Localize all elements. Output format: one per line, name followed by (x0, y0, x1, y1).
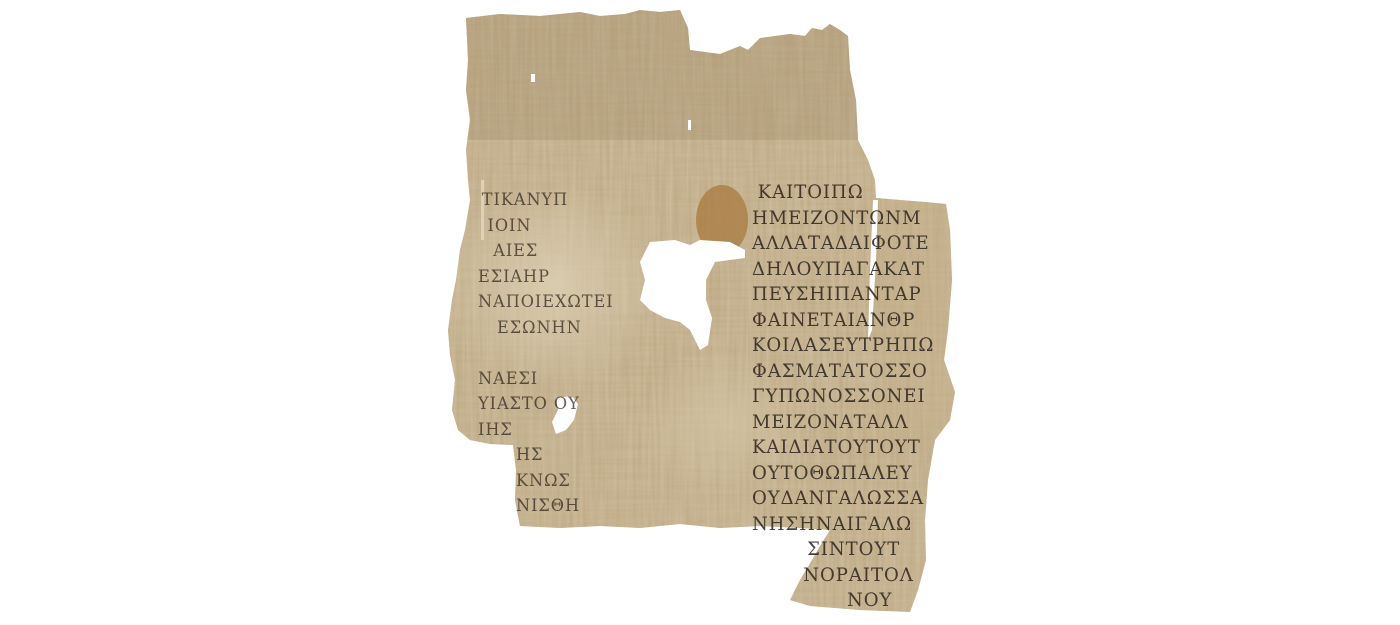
text-line: ΟΥΔΑΝΓΑΛΩΣΣΑ (752, 486, 934, 512)
text-line: ΠΕΥΣΗΙΠΑΝΤΑΡ (752, 282, 934, 308)
text-line: ΜΕΙΖΟΝΑΤΑΛΛ (752, 410, 934, 436)
text-line: ΝΙΣΘΗ (478, 494, 614, 520)
text-line: ΙΗΣ (478, 418, 614, 444)
text-line: ΣΙΝΤΟΥΤ (752, 537, 934, 563)
papyrus-fragment (0, 0, 1400, 625)
text-line: ΝΑΕΣΙ (478, 367, 614, 393)
text-line: ΗΣ (478, 443, 614, 469)
text-line: ΦΑΣΜΑΤΑΤΟΣΣΟ (752, 359, 934, 385)
text-line: ΝΑΠΟΙΕΧΩΤΕΙ (478, 290, 614, 316)
text-line: ΝΟΡΑΙΤΟΛ (752, 563, 934, 589)
text-line: ΟΥΤΟΘΩΠΑΛΕΥ (752, 461, 934, 487)
text-line: ΔΗΛΟΥΠΑΓΑΚΑΤ (752, 257, 934, 283)
text-line: ΕΣΩΝΗΝ (478, 316, 614, 342)
text-line: ΦΑΙΝΕΤΑΙΑΝΘΡ (752, 308, 934, 334)
text-line: ΚΑΙΔΙΑΤΟΥΤΟΥΤ (752, 435, 934, 461)
text-line: ΕΣΙΑΗΡ (478, 265, 614, 291)
text-line: ΚΑΙΤΟΙΠΩ (752, 180, 934, 206)
text-line: ΑΙΕΣ (478, 239, 614, 265)
text-line: ΝΗΣΗΝΑΙΓΑΛΩ (752, 512, 934, 538)
text-line: ΗΜΕΙΖΟΝΤΩΝΜ (752, 206, 934, 232)
text-line: ΤΙΚΑΝΥΠ (478, 188, 614, 214)
text-line: ΚΝΩΣ (478, 469, 614, 495)
right-column-text: ΚΑΙΤΟΙΠΩ ΗΜΕΙΖΟΝΤΩΝΜ ΑΛΛΑΤΑΔΑΙΦΟΤΕ ΔΗΛΟΥ… (752, 180, 944, 614)
papyrus-photo: ΤΙΚΑΝΥΠ ΙΟΙΝ ΑΙΕΣ ΕΣΙΑΗΡ ΝΑΠΟΙΕΧΩΤΕΙ ΕΣΩ… (0, 0, 1400, 625)
text-line: ΓΥΠΩΝΟΣΣΟΝΕΙ (752, 384, 934, 410)
text-line: ΙΟΙΝ (478, 214, 614, 240)
left-column-text: ΤΙΚΑΝΥΠ ΙΟΙΝ ΑΙΕΣ ΕΣΙΑΗΡ ΝΑΠΟΙΕΧΩΤΕΙ ΕΣΩ… (478, 188, 621, 520)
text-line (478, 341, 614, 367)
text-line: ΑΛΛΑΤΑΔΑΙΦΟΤΕ (752, 231, 934, 257)
text-line: ΝΟΥ (752, 588, 934, 614)
text-line: ΚΟΙΛΑΣΕΥΤΡΗΠΩ (752, 333, 934, 359)
text-line: ΥΙΑΣΤΟ ΟΥ (478, 392, 614, 418)
